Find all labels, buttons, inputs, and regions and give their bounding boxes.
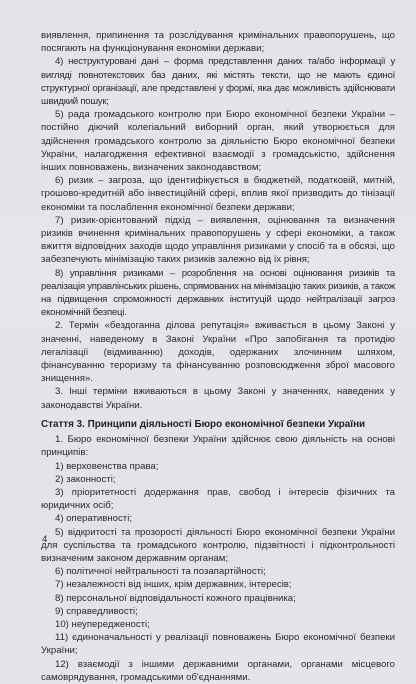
principle-item: 2) законності; bbox=[41, 473, 395, 486]
paragraph-intro: виявлення, припинення та розслідування к… bbox=[41, 29, 395, 55]
clause-2-reputation: 2. Термін «бездоганна ділова репутація» … bbox=[41, 319, 395, 385]
principle-item: 4) оперативності; bbox=[41, 512, 395, 525]
definition-unstructured-data: 4) неструктуровані дані – форма представ… bbox=[41, 55, 395, 108]
page-number: 4 bbox=[42, 534, 47, 545]
principle-item: 1) верховенства права; bbox=[41, 460, 395, 473]
definition-risk: 6) ризик – загроза, що ідентифікується в… bbox=[41, 174, 395, 214]
principles-intro: 1. Бюро економічної безпеки України здій… bbox=[41, 433, 395, 459]
principle-item: 3) пріоритетності додержання прав, свобо… bbox=[41, 486, 395, 512]
article-heading: Стаття 3. Принципи діяльності Бюро еконо… bbox=[41, 418, 395, 431]
clause-3-other-terms: 3. Інші терміни вживаються в цьому Закон… bbox=[41, 385, 395, 411]
document-page: виявлення, припинення та розслідування к… bbox=[41, 29, 395, 566]
principle-item: 5) відкритості та прозорості діяльності … bbox=[41, 526, 395, 566]
definition-risk-management: 8) управління ризиками – розроблення на … bbox=[41, 267, 395, 320]
definition-risk-based-approach: 7) ризик-орієнтований підхід – виявлення… bbox=[41, 214, 395, 267]
definition-public-control-council: 5) рада громадського контролю при Бюро е… bbox=[41, 108, 395, 174]
